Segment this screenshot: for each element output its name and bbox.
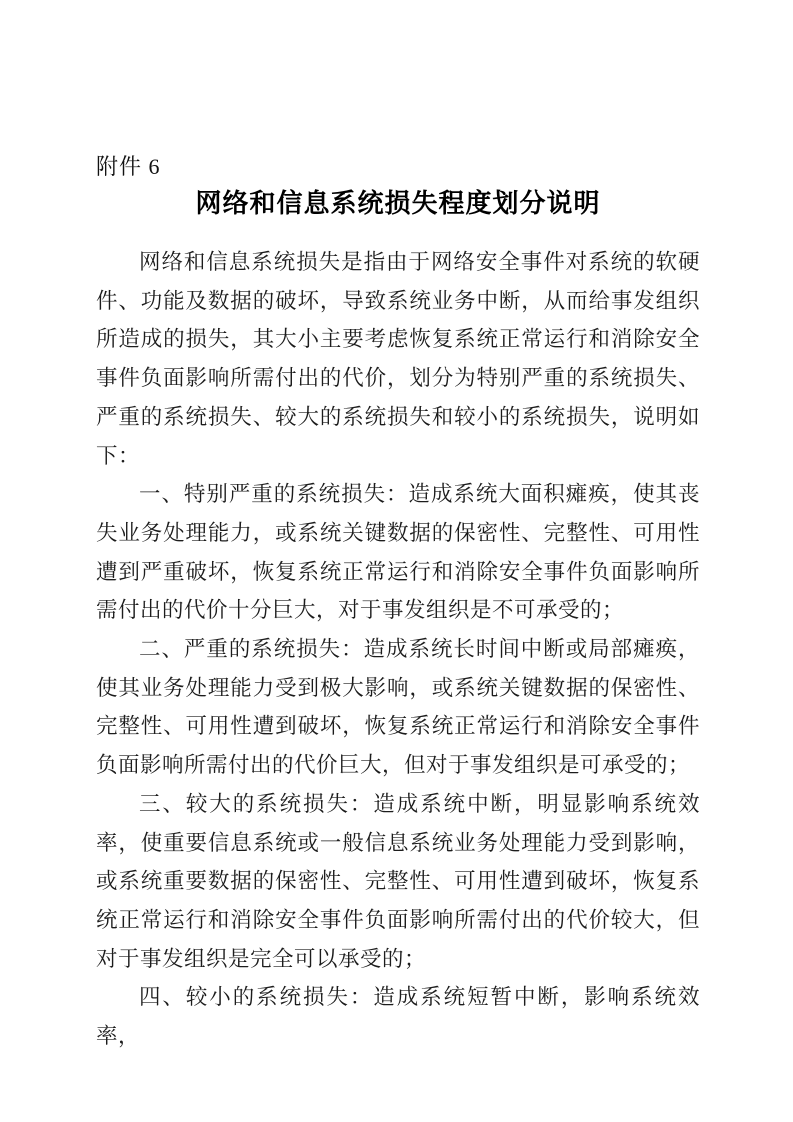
- paragraph-item-3-relatively-large-loss: 三、较大的系统损失：造成系统中断，明显影响系统效率，使重要信息系统或一般信息系统…: [96, 785, 700, 979]
- attachment-label: 附件 6: [96, 152, 700, 182]
- document-body: 网络和信息系统损失是指由于网络安全事件对系统的软硬件、功能及数据的破坏，导致系统…: [96, 243, 700, 1056]
- paragraph-item-1-extremely-severe-loss: 一、特别严重的系统损失：造成系统大面积瘫痪，使其丧失业务处理能力，或系统关键数据…: [96, 475, 700, 630]
- paragraph-item-4-relatively-small-loss: 四、较小的系统损失：造成系统短暂中断，影响系统效率，: [96, 978, 700, 1055]
- paragraph-item-2-severe-loss: 二、严重的系统损失：造成系统长时间中断或局部瘫痪，使其业务处理能力受到极大影响，…: [96, 630, 700, 785]
- document-title: 网络和信息系统损失程度划分说明: [96, 187, 700, 221]
- document-page: 附件 6 网络和信息系统损失程度划分说明 网络和信息系统损失是指由于网络安全事件…: [0, 0, 793, 1122]
- paragraph-intro: 网络和信息系统损失是指由于网络安全事件对系统的软硬件、功能及数据的破坏，导致系统…: [96, 243, 700, 475]
